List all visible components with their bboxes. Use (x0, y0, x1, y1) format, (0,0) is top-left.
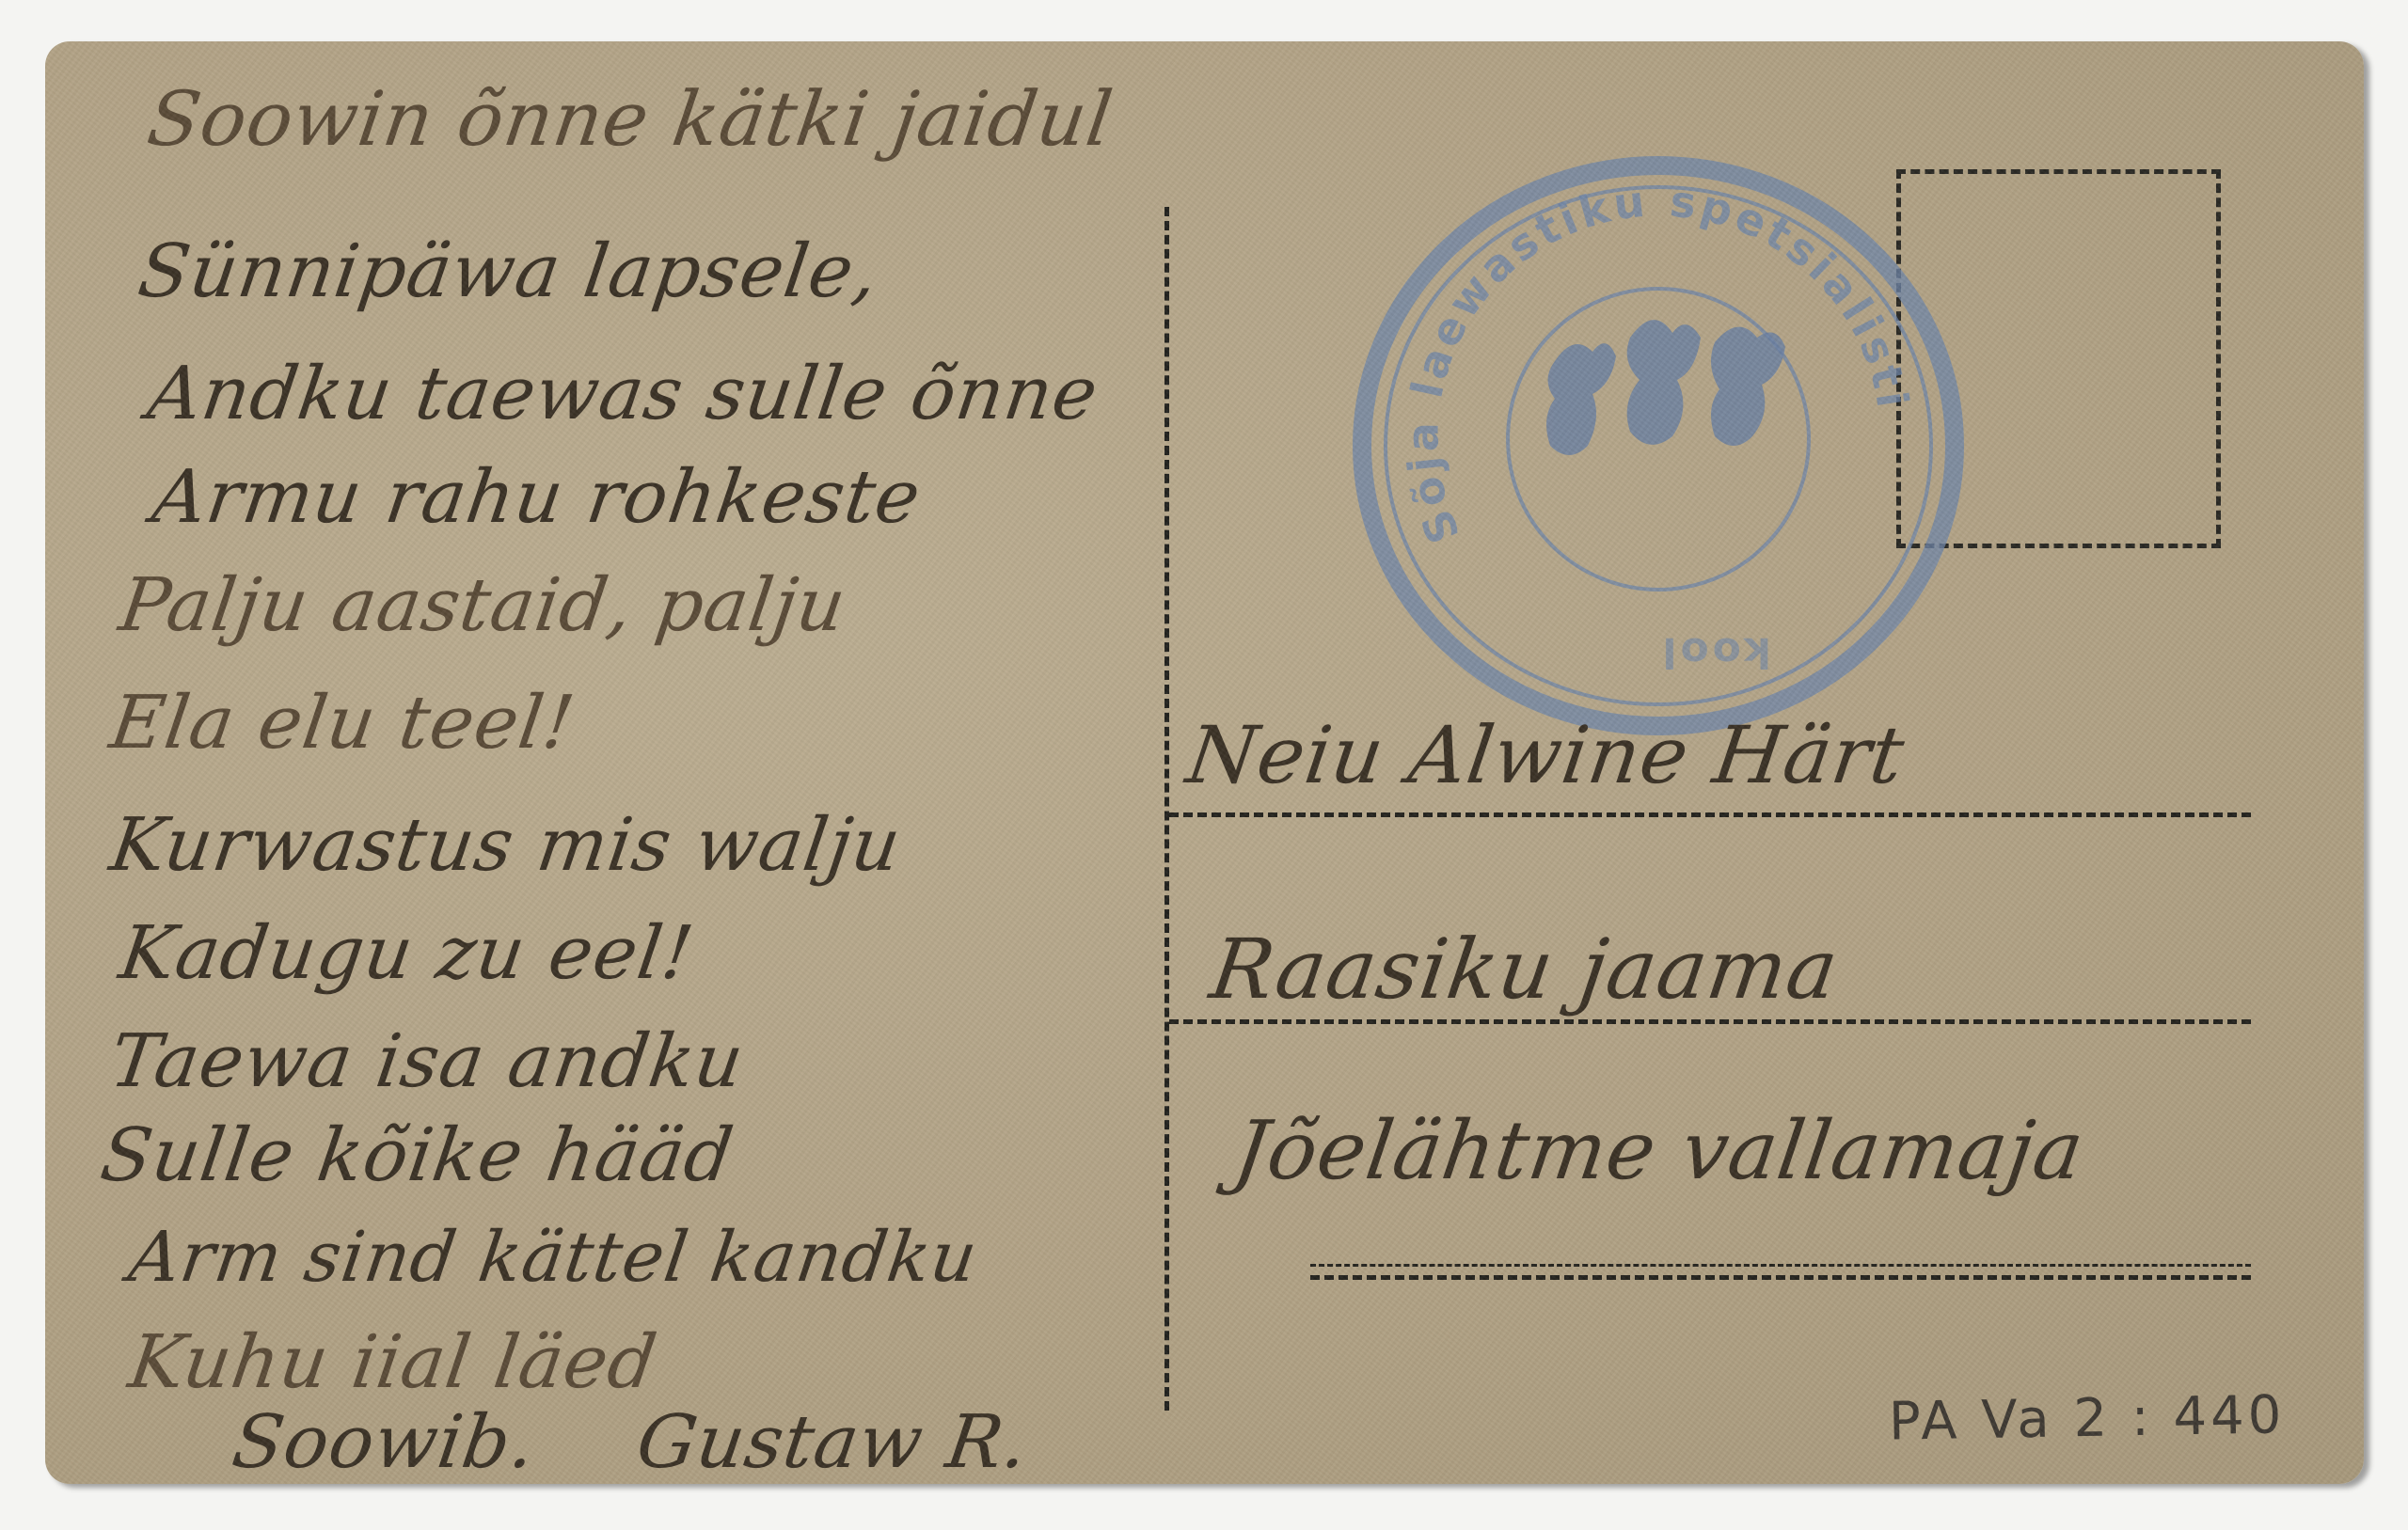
archive-reference: PA Va 2 : 440 (1888, 1384, 2285, 1452)
message-line: Palju aastaid, palju (115, 563, 851, 648)
message-line: Ela elu teel! (105, 681, 580, 765)
postmark-seal-icon: Sõja laewastiku spetsialistide kool (1339, 140, 1988, 742)
address-line-2: Raasiku jaama (1205, 921, 1845, 1017)
message-line: Arm sind kättel kandku (124, 1217, 983, 1298)
message-line: Sulle kõike hääd (96, 1113, 739, 1198)
center-divider (1164, 207, 1169, 1411)
address-rule-3a (1310, 1264, 2251, 1267)
message-line: Kurwastus mis walju (105, 803, 907, 888)
message-line: Andku taewas sulle õnne (143, 352, 1103, 436)
postcard: Soowin õnne kätki jaidul Sünnipäwa lapse… (45, 41, 2364, 1484)
address-rule-2 (1169, 1019, 2251, 1024)
message-line: Kadugu zu eel! (115, 911, 699, 996)
address-rule-1 (1169, 812, 2251, 817)
message-line: Taewa isa andku (105, 1019, 750, 1104)
message-line: Armu rahu rohkeste (148, 455, 927, 540)
signature-prefix: Soowib. (228, 1400, 541, 1485)
message-line: Soowin õnne kätki jaidul (142, 75, 1117, 163)
address-line-1: Neiu Alwine Härt (1181, 709, 1910, 801)
message-line: Sünnipäwa lapsele, (134, 229, 884, 314)
signature-name: Gustaw R. (632, 1400, 1034, 1485)
svg-text:kool: kool (1658, 628, 1771, 676)
address-rule-3b (1310, 1275, 2251, 1280)
message-line: Kuhu iial läed (124, 1320, 662, 1405)
address-line-3: Jõelähtme vallamaja (1228, 1104, 2090, 1198)
